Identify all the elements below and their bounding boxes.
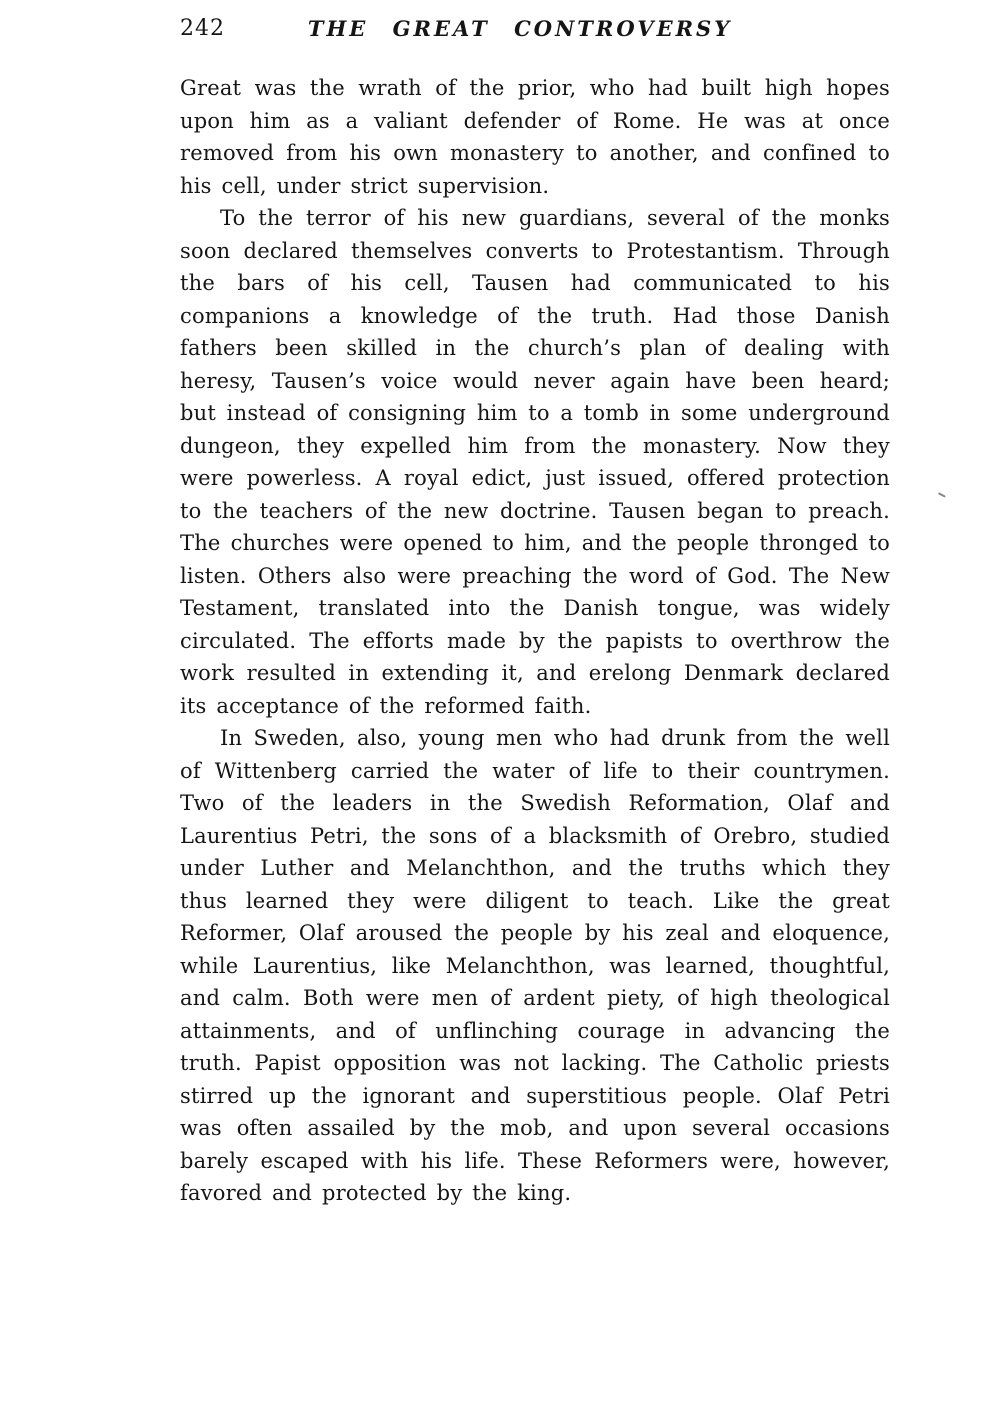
body-text: Great was the wrath of the prior, who ha… bbox=[180, 72, 890, 1210]
page-number: 242 bbox=[180, 16, 225, 41]
book-page: 242 THE GREAT CONTROVERSY Great was the … bbox=[0, 0, 1000, 1413]
scan-artifact bbox=[938, 492, 946, 497]
paragraph: In Sweden, also, young men who had drunk… bbox=[180, 722, 890, 1210]
paragraph: To the terror of his new guardians, seve… bbox=[180, 202, 890, 722]
running-head-title: THE GREAT CONTROVERSY bbox=[180, 16, 890, 41]
paragraph: Great was the wrath of the prior, who ha… bbox=[180, 72, 890, 202]
page-header: 242 THE GREAT CONTROVERSY bbox=[180, 16, 890, 46]
